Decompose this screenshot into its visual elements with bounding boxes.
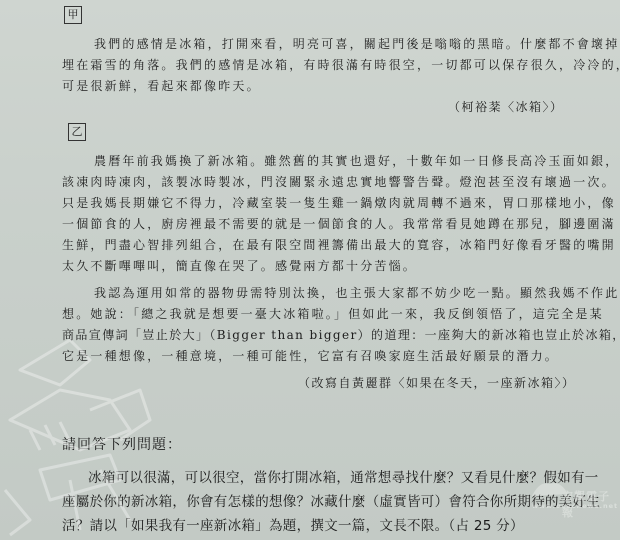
passage-b-p2-line-4: 它是一種想像，一種意境，一種可能性，它富有召喚家庭生活最好願景的潛力。 (62, 347, 559, 364)
passage-a-label: 甲 (64, 6, 82, 24)
question-heading: 請回答下列問題： (62, 434, 182, 454)
passage-b-p1-line-6: 太久不斷嗶嗶叫，簡直像在哭了。感覺兩方都十分苦惱。 (62, 257, 417, 274)
passage-b-p2-line-1: 我認為運用如常的器物毋需特別汰換，也主張大家都不妨少吃一點。顯然我媽不作此 (94, 284, 619, 301)
passage-b-p1-line-5: 生鮮，門盡心智排列組合，在最有限空間裡籌備出最大的寬容，冰箱門好像看牙醫的嘴開 (62, 236, 616, 253)
passage-b-p1-line-4: 一個節食的人，廚房裡最不需要的就是一個節食的人。我常常看見她蹲在那兒，腳邊圍滿 (62, 215, 616, 232)
question-line-2: 座屬於你的新冰箱，你會有怎樣的想像？冰藏什麼（虛實皆可）會符合你所期待的美好生 (62, 490, 600, 510)
passage-a-citation: （柯裕棻〈冰箱〉） (448, 98, 564, 115)
passage-a-line-2: 埋在霜雪的角落。我們的感情是冰箱，有時很滿有時很空，一切都可以保存很久，冷冷的， (62, 56, 620, 73)
passage-b-p2-line-3: 商品宣傳詞「豈止於大」（Bigger than bigger）的道理：一座夠大的… (62, 326, 620, 343)
passage-b-p1-line-1: 農曆年前我媽換了新冰箱。雖然舊的其實也還好，十數年如一日修長高冷玉面如銀， (94, 152, 619, 169)
question-line-1: 冰箱可以很滿，可以很空，當你打開冰箱，通常想尋找什麼？又看見什麼？假如有一 (88, 466, 599, 486)
question-line-3: 活？請以「如果我有一座新冰箱」為題，撰文一篇，文長不限。（占 25 分） (62, 514, 524, 534)
passage-a-line-3: 可是很新鮮，看起來都像昨天。 (62, 77, 261, 94)
passage-b-p1-line-3: 只是我媽長期嫌它不得力，冷藏室裝一隻生雞一鍋燉肉就周轉不過來，胃口那樣地小，像 (62, 194, 616, 211)
passage-b-p1-line-2: 該凍肉時凍肉，該製冰時製冰，門沒關緊永遠忠實地響警告聲。燈泡甚至沒有壞過一次。 (62, 173, 616, 190)
passage-b-label: 乙 (68, 123, 86, 141)
passage-b-p2-line-2: 想。她說：「總之我就是想要一臺大冰箱啦。」但如此一來，我反倒領悟了，這完全是某 (62, 305, 604, 322)
exam-page: 甲 我們的感情是冰箱，打開來看，明亮可喜，關起門後是嗡嗡的黑暗。什麼都不會壞掉，… (0, 0, 620, 540)
passage-b-citation: （改寫自黃麗群〈如果在冬天，一座新冰箱〉） (298, 374, 576, 391)
passage-a-line-1: 我們的感情是冰箱，打開來看，明亮可喜，關起門後是嗡嗡的黑暗。什麼都不會壞掉， (94, 35, 620, 52)
